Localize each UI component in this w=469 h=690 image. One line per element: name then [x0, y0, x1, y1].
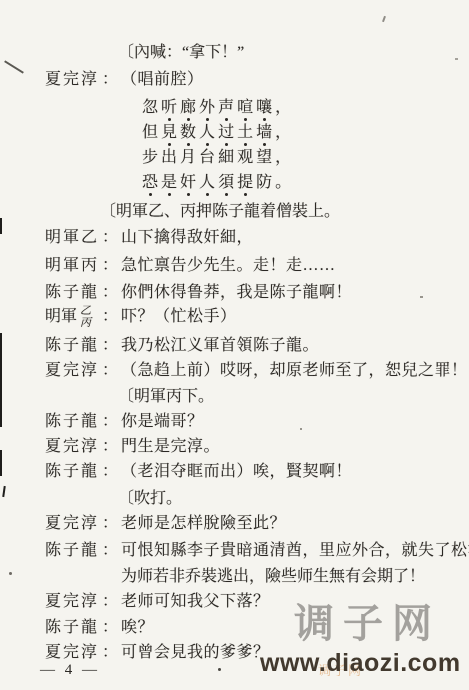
- dialogue-text: 唉？: [121, 619, 154, 636]
- verse-char-emphasized: 人: [199, 124, 215, 141]
- speaker-colon: ：: [102, 463, 116, 481]
- page-number: — 4 —: [40, 662, 100, 679]
- dialogue-text-continuation: 为师若非乔裝逃出，險些师生無有会期了！: [121, 568, 425, 586]
- dialogue-text: 急忙禀告少先生。走！走……: [121, 257, 336, 274]
- speaker-colon: ：: [102, 362, 116, 380]
- verse-char-emphasized: 土: [237, 124, 253, 141]
- speaker-colon: ：: [102, 337, 116, 355]
- dialogue-row: 明軍乙：山下擒得敌奸細，: [45, 229, 253, 247]
- dialogue-row-stacked-speaker: 明軍乙丙：吓？（忙松手）: [45, 305, 237, 329]
- dialogue-text: 門生是完淳。: [121, 438, 220, 455]
- dialogue-text: （唱前腔）: [121, 71, 204, 88]
- speaker-colon: ：: [102, 644, 116, 662]
- speaker-prefix: 明軍: [45, 308, 77, 326]
- verse-char-emphasized: 喧: [237, 99, 253, 116]
- dialogue-row: 明軍丙：急忙禀告少先生。走！走……: [45, 257, 336, 275]
- speaker-label: 陈子龍: [45, 337, 102, 355]
- verse-char: 望: [256, 149, 272, 166]
- verse-line: 步出月台細观望，: [142, 149, 294, 174]
- verse-char-emphasized: 恐: [142, 174, 158, 191]
- verse-char-emphasized: 廊: [180, 99, 196, 116]
- speaker-label: 陈子龍: [45, 413, 102, 431]
- speaker-colon: ：: [102, 515, 116, 533]
- scan-artifact: [0, 450, 2, 476]
- stage-direction: 〔內喊：“拿下！”: [118, 44, 244, 62]
- verse-block: 忽听廊外声喧嚷，但見数人过土墙，步出月台細观望，恐是奸人須提防。: [142, 99, 294, 199]
- verse-char: 台: [199, 149, 215, 166]
- verse-char: 忽: [142, 99, 158, 116]
- speaker-label: 陈子龍: [45, 542, 102, 560]
- verse-char-emphasized: 人: [199, 174, 215, 191]
- dialogue-row: 夏完淳：老师是怎样脫險至此？: [45, 515, 286, 533]
- verse-char-emphasized: 是: [161, 174, 177, 191]
- scan-artifact: [455, 58, 458, 60]
- verse-char-emphasized: 須: [218, 174, 234, 191]
- speaker-label: 夏完淳: [45, 515, 102, 533]
- verse-char-emphasized: 过: [218, 124, 234, 141]
- speaker-label: 陈子龍: [45, 463, 102, 481]
- speaker-label: 明軍乙丙: [45, 305, 102, 329]
- verse-char-emphasized: 数: [180, 124, 196, 141]
- verse-char-emphasized: 奸: [180, 174, 196, 191]
- speaker-colon: ：: [102, 438, 116, 456]
- scan-artifact: [2, 486, 6, 497]
- dialogue-row: 陈子龍：我乃松江义軍首領陈子龍。: [45, 337, 319, 355]
- dialogue-text: 可曾会見我的爹爹？: [121, 644, 270, 661]
- verse-char-emphasized: 見: [161, 124, 177, 141]
- speaker-colon: ：: [102, 308, 116, 326]
- speaker-label: 陈子龍: [45, 284, 102, 302]
- dialogue-row: 陈子龍：（老泪夺眶而出）唉，賢契啊！: [45, 463, 352, 481]
- speaker-label: 明軍丙: [45, 257, 102, 275]
- dialogue-row: 夏完淳：可曾会見我的爹爹？: [45, 644, 270, 662]
- script-page: 〔內喊：“拿下！” 夏完淳：（唱前腔） 忽听廊外声喧嚷，但見数人过土墙，步出月台…: [0, 0, 469, 690]
- dialogue-text: 吓？（忙松手）: [121, 308, 237, 325]
- dialogue-text: 老师可知我父下落？: [121, 593, 270, 610]
- verse-char: ，: [275, 99, 291, 116]
- scan-artifact: [0, 333, 2, 427]
- scan-artifact: [9, 572, 12, 575]
- verse-char: 防: [256, 174, 272, 191]
- speaker-label: 夏完淳: [45, 438, 102, 456]
- speaker-label: 夏完淳: [45, 644, 102, 662]
- dialogue-text: 可恨知縣李子貴暗通清酋，里应外合，就失了松江。: [121, 542, 469, 559]
- speaker-stack: 乙丙: [80, 305, 91, 329]
- verse-char: 細: [218, 149, 234, 166]
- verse-char-emphasized: 墙: [256, 124, 272, 141]
- scan-artifact: [4, 60, 24, 73]
- verse-char: ，: [275, 149, 291, 166]
- speaker-label: 夏完淳: [45, 71, 102, 89]
- dialogue-text: 我乃松江义軍首領陈子龍。: [121, 337, 319, 354]
- speaker-label: 明軍乙: [45, 229, 102, 247]
- verse-char: 。: [275, 174, 291, 191]
- scan-artifact: [382, 16, 386, 22]
- dialogue-row: 夏完淳：（唱前腔）: [45, 71, 204, 89]
- dialogue-text: 山下擒得敌奸細，: [121, 229, 253, 246]
- verse-char-emphasized: 提: [237, 174, 253, 191]
- dialogue-row: 陈子龍：你是端哥？: [45, 413, 204, 431]
- dialogue-text: 老师是怎样脫險至此？: [121, 515, 286, 532]
- speaker-colon: ：: [102, 593, 116, 611]
- dialogue-row: 夏完淳：老师可知我父下落？: [45, 593, 270, 611]
- scan-artifact: [420, 296, 423, 298]
- verse-char: 观: [237, 149, 253, 166]
- speaker-colon: ：: [102, 229, 116, 247]
- verse-char: 但: [142, 124, 158, 141]
- dialogue-text: （急趋上前）哎呀，却原老师至了，恕兒之罪！: [121, 362, 468, 379]
- verse-char: ，: [275, 124, 291, 141]
- speaker-colon: ：: [102, 542, 116, 560]
- verse-line: 恐是奸人須提防。: [142, 174, 294, 199]
- dialogue-row: 陈子龍：唉？: [45, 619, 154, 637]
- stage-direction: 〔吹打。: [118, 490, 182, 508]
- verse-char: 出: [161, 149, 177, 166]
- scan-artifact: [0, 218, 2, 234]
- speaker-label: 夏完淳: [45, 593, 102, 611]
- speaker-colon: ：: [102, 413, 116, 431]
- watermark-site-name: 调子网: [294, 602, 441, 646]
- scan-artifact: [300, 428, 302, 430]
- speaker-label: 夏完淳: [45, 362, 102, 380]
- dialogue-text: 你們休得鲁莽，我是陈子龍啊！: [121, 284, 352, 301]
- verse-char-emphasized: 嚷: [256, 99, 272, 116]
- speaker-stack-top: 乙: [80, 305, 91, 317]
- verse-char-emphasized: 听: [161, 99, 177, 116]
- speaker-colon: ：: [102, 71, 116, 89]
- dialogue-text: 你是端哥？: [121, 413, 204, 430]
- dialogue-text: （老泪夺眶而出）唉，賢契啊！: [121, 463, 352, 480]
- verse-char: 月: [180, 149, 196, 166]
- dialogue-row: 夏完淳：門生是完淳。: [45, 438, 220, 456]
- speaker-colon: ：: [102, 257, 116, 275]
- stage-direction: 〔明軍丙下。: [118, 388, 214, 406]
- dialogue-row: 陈子龍：可恨知縣李子貴暗通清酋，里应外合，就失了松江。: [45, 542, 469, 560]
- speaker-label: 陈子龍: [45, 619, 102, 637]
- stage-direction: 〔明軍乙、丙押陈子龍着僧裝上。: [100, 203, 340, 221]
- speaker-stack-bottom: 丙: [80, 317, 91, 329]
- dialogue-row: 夏完淳：（急趋上前）哎呀，却原老师至了，恕兒之罪！: [45, 362, 468, 380]
- verse-char-emphasized: 声: [218, 99, 234, 116]
- verse-line: 忽听廊外声喧嚷，: [142, 99, 294, 124]
- speaker-colon: ：: [102, 284, 116, 302]
- speaker-colon: ：: [102, 619, 116, 637]
- verse-char-emphasized: 外: [199, 99, 215, 116]
- dialogue-row: 陈子龍：你們休得鲁莽，我是陈子龍啊！: [45, 284, 352, 302]
- verse-char: 步: [142, 149, 158, 166]
- verse-line: 但見数人过土墙，: [142, 124, 294, 149]
- watermark-url: www.diaozi.com: [260, 649, 461, 678]
- scan-artifact: [218, 668, 221, 671]
